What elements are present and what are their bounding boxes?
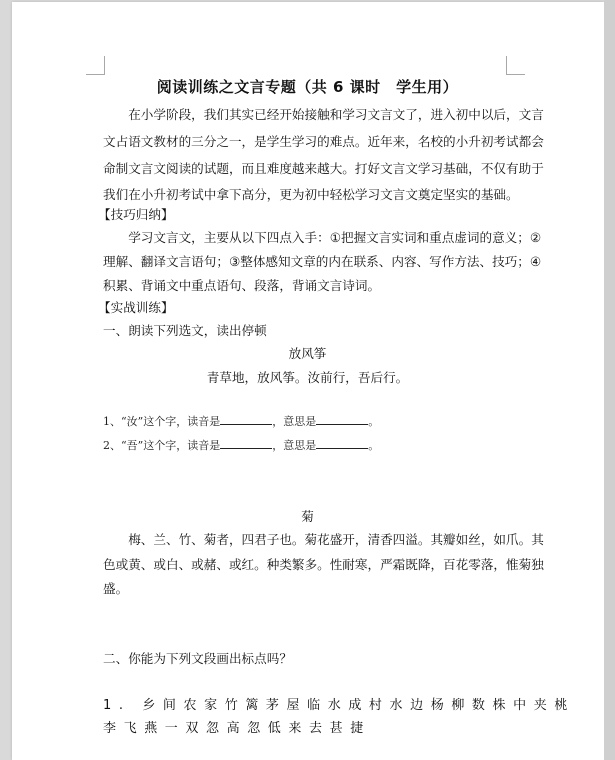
intro-line-2: 文占语文教材的三分之一，是学生学习的难点。近年来，名校的小升初考试都会: [103, 131, 523, 150]
ju-line-3: 盛。: [103, 578, 523, 597]
section1-heading: 一、朗读下列选文，读出停顿: [103, 320, 523, 339]
ju-line-2: 色或黄、或白、或赭、或红。种类繁多。性耐寒，严霜既降，百花零落，惟菊独: [103, 554, 523, 573]
punctuation-item-line-2: 李飞燕一双忽高忽低来去甚捷: [103, 717, 371, 736]
intro-line-4: 我们在小升初考试中拿下高分，更为初中轻松学习文言文奠定坚实的基础。: [103, 184, 523, 203]
passage-title-fangfengzheng: 放风筝: [0, 343, 615, 362]
tips-heading: 【技巧归纳】: [98, 204, 518, 223]
question-1: 1、“汝”这个字，读音是，意思是。: [103, 413, 379, 429]
practice-heading: 【实战训练】: [98, 297, 518, 316]
intro-line-1: 在小学阶段，我们其实已经开始接触和学习文言文了，进入初中以后，文言: [103, 104, 523, 123]
answer-blank-2a[interactable]: [220, 438, 272, 449]
crop-mark-top-left: [86, 56, 105, 75]
punctuation-item-line-1: 1. 乡间农家竹篱茅屋临水成村水边杨柳数株中夹桃: [103, 694, 575, 713]
section2-heading: 二、你能为下列文段画出标点吗？: [103, 648, 523, 667]
tips-line-1: 学习文言文，主要从以下四点入手：①把握文言实词和重点虚词的意义；②: [103, 227, 523, 246]
tips-line-2: 理解、翻译文言语句；③整体感知文章的内在联系、内容、写作方法、技巧；④: [103, 251, 523, 270]
answer-blank-1b[interactable]: [316, 414, 368, 425]
question-2: 2、“吾”这个字，读音是，意思是。: [103, 437, 379, 453]
window-edge: [604, 0, 615, 760]
tips-line-3: 积累、背诵文中重点语句、段落，背诵文言诗词。: [103, 275, 523, 294]
passage-text-fangfengzheng: 青草地，放风筝。汝前行，吾后行。: [0, 367, 615, 386]
crop-mark-top-right: [506, 56, 525, 75]
intro-line-3: 命制文言文阅读的试题，而且难度越来越大。打好文言文学习基础，不仅有助于: [103, 158, 523, 177]
passage-title-ju: 菊: [0, 506, 615, 525]
answer-blank-2b[interactable]: [316, 438, 368, 449]
answer-blank-1a[interactable]: [220, 414, 272, 425]
ju-line-1: 梅、兰、竹、菊者，四君子也。菊花盛开，清香四溢。其瓣如丝，如爪。其: [103, 529, 523, 548]
document-title: 阅读训练之文言专题（共 6 课时 学生用）: [0, 76, 615, 97]
